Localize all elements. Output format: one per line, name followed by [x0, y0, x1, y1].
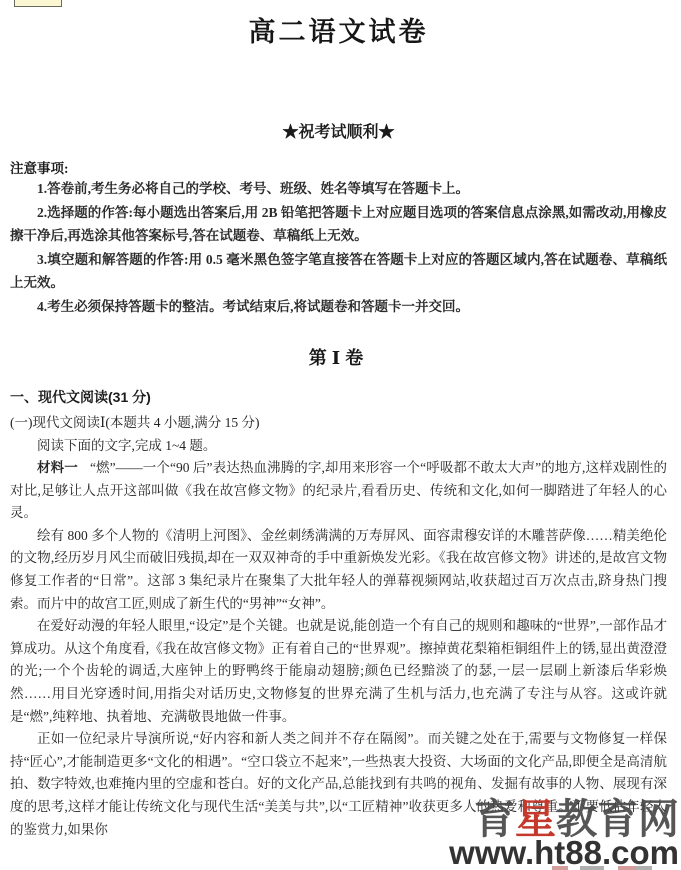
watermark-url: www.ht88.com: [449, 836, 679, 869]
reading-section: 一、现代文阅读(31 分) (一)现代文阅读Ⅰ(本题共 4 小题,满分 15 分…: [10, 387, 667, 841]
passage-paragraph-3: 在爱好动漫的年轻人眼里,“设定”是个关键。也就是说,能创造一个有自己的规则和趣味…: [10, 615, 667, 728]
material-label: 材料一: [37, 460, 78, 475]
site-watermark: 育星教育网 www.ht88.com: [449, 799, 679, 869]
blessing-line: ★祝考试顺利★: [10, 119, 667, 142]
passage-paragraph-1-text: “燃”——一个“90 后”表达热血沸腾的字,却用来形容一个“呼吸都不敢太大声”的…: [10, 460, 667, 520]
section-heading: 一、现代文阅读(31 分): [10, 387, 667, 407]
section-subheading: (一)现代文阅读Ⅰ(本题共 4 小题,满分 15 分): [10, 411, 667, 434]
corner-box: [14, 0, 62, 7]
notice-heading: 注意事项:: [10, 157, 667, 177]
bottom-edge-artifact: [552, 866, 652, 870]
notice-item-4: 4.考生必须保持答题卡的整洁。考试结束后,将试题卷和答题卡一并交回。: [10, 295, 667, 319]
passage-paragraph-1: 材料一“燃”——一个“90 后”表达热血沸腾的字,却用来形容一个“呼吸都不敢太大…: [10, 457, 667, 525]
notice-item-1: 1.答卷前,考生务必将自己的学校、考号、班级、姓名等填写在答题卡上。: [10, 177, 667, 201]
paper-title: 高二语文试卷: [10, 10, 667, 49]
notice-item-2: 2.选择题的作答:每小题选出答案后,用 2B 铅笔把答题卡上对应题目选项的答案信…: [10, 201, 667, 248]
reading-instruction: 阅读下面的文字,完成 1~4 题。: [10, 434, 667, 457]
exam-paper-page: 高二语文试卷 ★祝考试顺利★ 注意事项: 1.答卷前,考生务必将自己的学校、考号…: [0, 0, 681, 870]
notice-item-3: 3.填空题和解答题的作答:用 0.5 毫米黑色签字笔直接答在答题卡上对应的答题区…: [10, 248, 667, 295]
passage-paragraph-2: 绘有 800 多个人物的《清明上河图》、金丝刺绣满满的万寿屏风、面容肃穆安详的木…: [10, 525, 667, 615]
notice-section: 注意事项: 1.答卷前,考生务必将自己的学校、考号、班级、姓名等填写在答题卡上。…: [10, 157, 667, 318]
volume-heading: 第Ⅰ卷: [10, 344, 667, 370]
